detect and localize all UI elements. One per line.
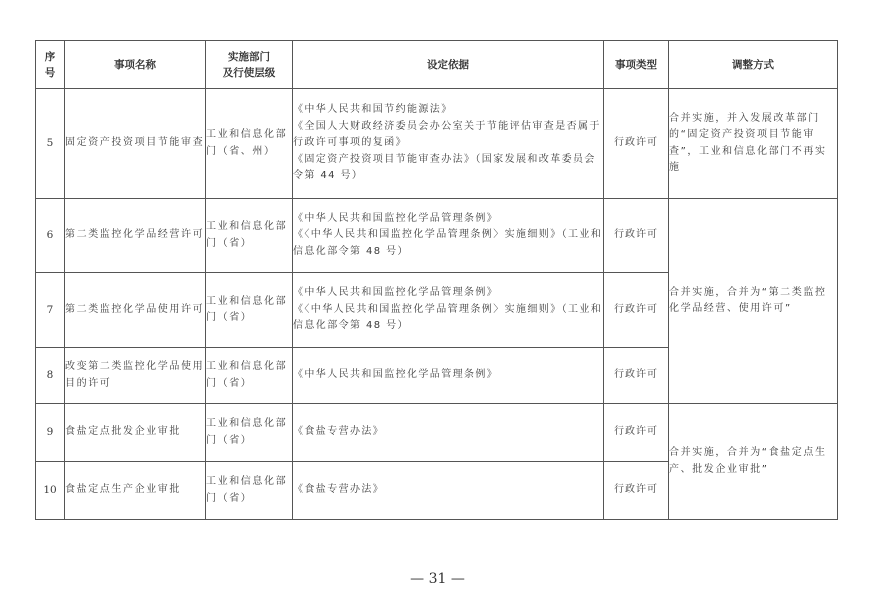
row-seq: 6 [36, 199, 65, 273]
header-basis: 设定依据 [293, 41, 604, 89]
row-name: 第二类监控化学品使用许可 [65, 273, 206, 348]
row-type: 行政许可 [604, 348, 669, 404]
adjustment-table: 序 号 事项名称 实施部门 及行使层级 设定依据 事项类型 调整方式 5 固定资… [35, 40, 838, 520]
row-dept: 工业和信息化部门（省） [206, 348, 293, 404]
row-dept: 工业和信息化部门（省） [206, 273, 293, 348]
table-row: 5 固定资产投资项目节能审查 工业和信息化部门（省、州） 《中华人民共和国节约能… [36, 89, 838, 199]
row-basis: 《食盐专营办法》 [293, 462, 604, 520]
table-row: 6 第二类监控化学品经营许可 工业和信息化部门（省） 《中华人民共和国监控化学品… [36, 199, 838, 273]
row-type: 行政许可 [604, 199, 669, 273]
header-name: 事项名称 [65, 41, 206, 89]
row-adjust-merged: 合并实施，合并为“第二类监控化学品经营、使用许可” [669, 199, 838, 404]
row-basis: 《中华人民共和国监控化学品管理条例》 《〈中华人民共和国监控化学品管理条例〉实施… [293, 199, 604, 273]
row-name: 改变第二类监控化学品使用目的许可 [65, 348, 206, 404]
row-basis: 《食盐专营办法》 [293, 404, 604, 462]
row-adjust: 合并实施，并入发展改革部门的“固定资产投资项目节能审查”，工业和信息化部门不再实… [669, 89, 838, 199]
row-basis: 《中华人民共和国监控化学品管理条例》 《〈中华人民共和国监控化学品管理条例〉实施… [293, 273, 604, 348]
row-name: 第二类监控化学品经营许可 [65, 199, 206, 273]
row-type: 行政许可 [604, 89, 669, 199]
row-name: 食盐定点生产企业审批 [65, 462, 206, 520]
row-type: 行政许可 [604, 273, 669, 348]
row-seq: 8 [36, 348, 65, 404]
header-adjust: 调整方式 [669, 41, 838, 89]
row-basis: 《中华人民共和国监控化学品管理条例》 [293, 348, 604, 404]
header-type: 事项类型 [604, 41, 669, 89]
row-dept: 工业和信息化部门（省） [206, 404, 293, 462]
header-dept: 实施部门 及行使层级 [206, 41, 293, 89]
table-row: 9 食盐定点批发企业审批 工业和信息化部门（省） 《食盐专营办法》 行政许可 合… [36, 404, 838, 462]
row-dept: 工业和信息化部门（省） [206, 462, 293, 520]
row-dept: 工业和信息化部门（省） [206, 199, 293, 273]
row-name: 食盐定点批发企业审批 [65, 404, 206, 462]
header-seq: 序 号 [36, 41, 65, 89]
row-type: 行政许可 [604, 462, 669, 520]
row-dept: 工业和信息化部门（省、州） [206, 89, 293, 199]
row-basis: 《中华人民共和国节约能源法》 《全国人大财政经济委员会办公室关于节能评估审查是否… [293, 89, 604, 199]
row-seq: 9 [36, 404, 65, 462]
row-seq: 7 [36, 273, 65, 348]
row-type: 行政许可 [604, 404, 669, 462]
row-seq: 10 [36, 462, 65, 520]
row-name: 固定资产投资项目节能审查 [65, 89, 206, 199]
page-number: — 31 — [0, 571, 875, 587]
header-row: 序 号 事项名称 实施部门 及行使层级 设定依据 事项类型 调整方式 [36, 41, 838, 89]
row-seq: 5 [36, 89, 65, 199]
row-adjust-merged: 合并实施，合并为“食盐定点生产、批发企业审批” [669, 404, 838, 520]
